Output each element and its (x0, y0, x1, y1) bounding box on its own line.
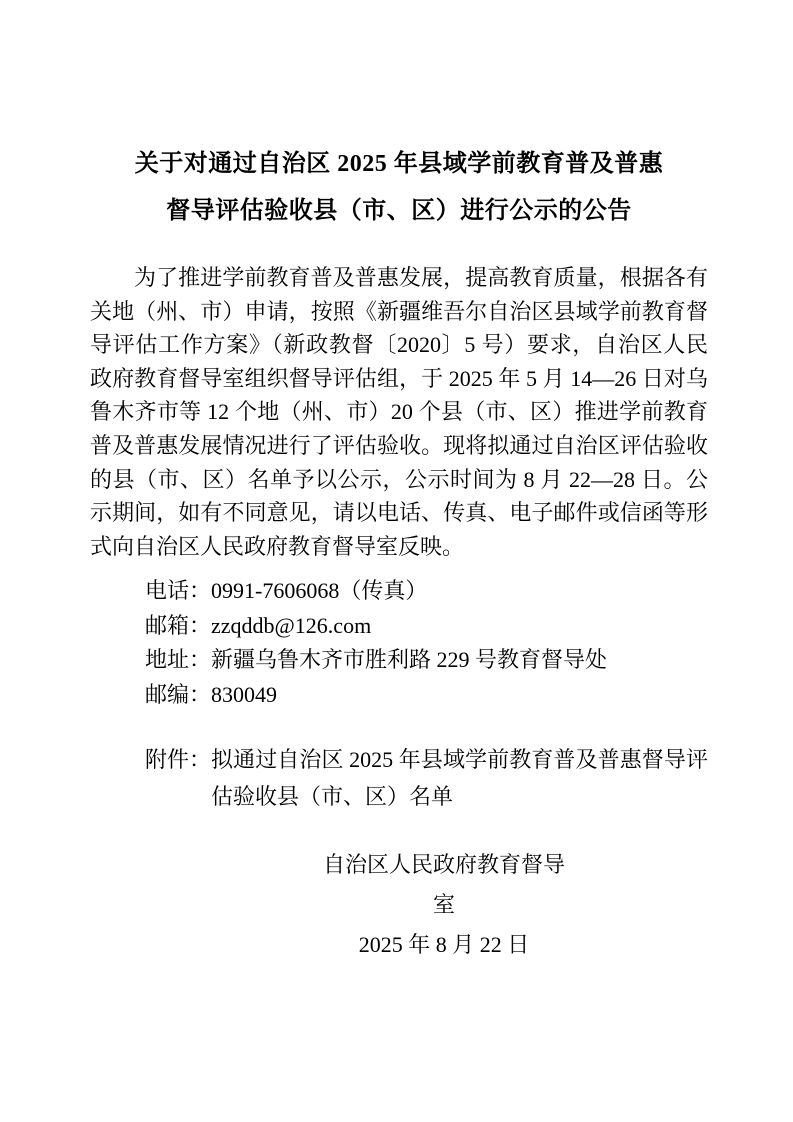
phone-label: 电话： (145, 574, 211, 609)
document-title-line-1: 关于对通过自治区 2025 年县域学前教育普及普惠 (90, 141, 708, 188)
body-line: 导评估工作方案》（新政教督〔2020〕5 号）要求，自治区人民 (90, 328, 708, 362)
postcode-value: 830049 (211, 678, 277, 713)
issue-date: 2025 年 8 月 22 日 (318, 925, 570, 965)
document-title: 关于对通过自治区 2025 年县域学前教育普及普惠 督导评估验收县（市、区）进行… (90, 141, 708, 235)
body-line: 鲁木齐市等 12 个地（州、市）20 个县（市、区）推进学前教育 (90, 395, 708, 429)
contact-address-line: 地址： 新疆乌鲁木齐市胜利路 229 号教育督导处 (90, 643, 708, 678)
body-line: 式向自治区人民政府教育督导室反映。 (90, 530, 708, 564)
contact-phone-line: 电话： 0991-7606068（传真） (90, 574, 708, 609)
signature-block: 自治区人民政府教育督导室 2025 年 8 月 22 日 (318, 845, 570, 965)
attachment-text: 拟通过自治区 2025 年县域学前教育普及普惠督导评估验收县（市、区）名单 (211, 741, 708, 815)
address-value: 新疆乌鲁木齐市胜利路 229 号教育督导处 (211, 643, 607, 678)
document-title-line-2: 督导评估验收县（市、区）进行公示的公告 (90, 188, 708, 235)
phone-value: 0991-7606068（传真） (211, 574, 427, 609)
body-line: 的县（市、区）名单予以公示，公示时间为 8 月 22—28 日。公 (90, 463, 708, 497)
document-content: 关于对通过自治区 2025 年县域学前教育普及普惠 督导评估验收县（市、区）进行… (90, 141, 708, 965)
issuing-office: 自治区人民政府教育督导室 (318, 845, 570, 925)
document-page: 关于对通过自治区 2025 年县域学前教育普及普惠 督导评估验收县（市、区）进行… (0, 0, 793, 1122)
attachment-label: 附件： (145, 741, 211, 778)
contact-email-line: 邮箱： zzqddb@126.com (90, 609, 708, 644)
body-line: 示期间，如有不同意见，请以电话、传真、电子邮件或信函等形 (90, 496, 708, 530)
body-line: 关地（州、市）申请，按照《新疆维吾尔自治区县域学前教育督 (90, 295, 708, 329)
contact-block: 电话： 0991-7606068（传真） 邮箱： zzqddb@126.com … (90, 574, 708, 712)
body-line: 政府教育督导室组织督导评估组，于 2025 年 5 月 14—26 日对乌 (90, 362, 708, 396)
postcode-label: 邮编： (145, 678, 211, 713)
body-line: 为了推进学前教育普及普惠发展，提高教育质量，根据各有 (90, 261, 708, 295)
body-paragraph: 为了推进学前教育普及普惠发展，提高教育质量，根据各有 关地（州、市）申请，按照《… (90, 261, 708, 563)
address-label: 地址： (145, 643, 211, 678)
attachment-note: 附件： 拟通过自治区 2025 年县域学前教育普及普惠督导评估验收县（市、区）名… (90, 741, 708, 815)
email-label: 邮箱： (145, 609, 211, 644)
contact-postcode-line: 邮编： 830049 (90, 678, 708, 713)
body-line: 普及普惠发展情况进行了评估验收。现将拟通过自治区评估验收 (90, 429, 708, 463)
email-value: zzqddb@126.com (211, 609, 371, 644)
